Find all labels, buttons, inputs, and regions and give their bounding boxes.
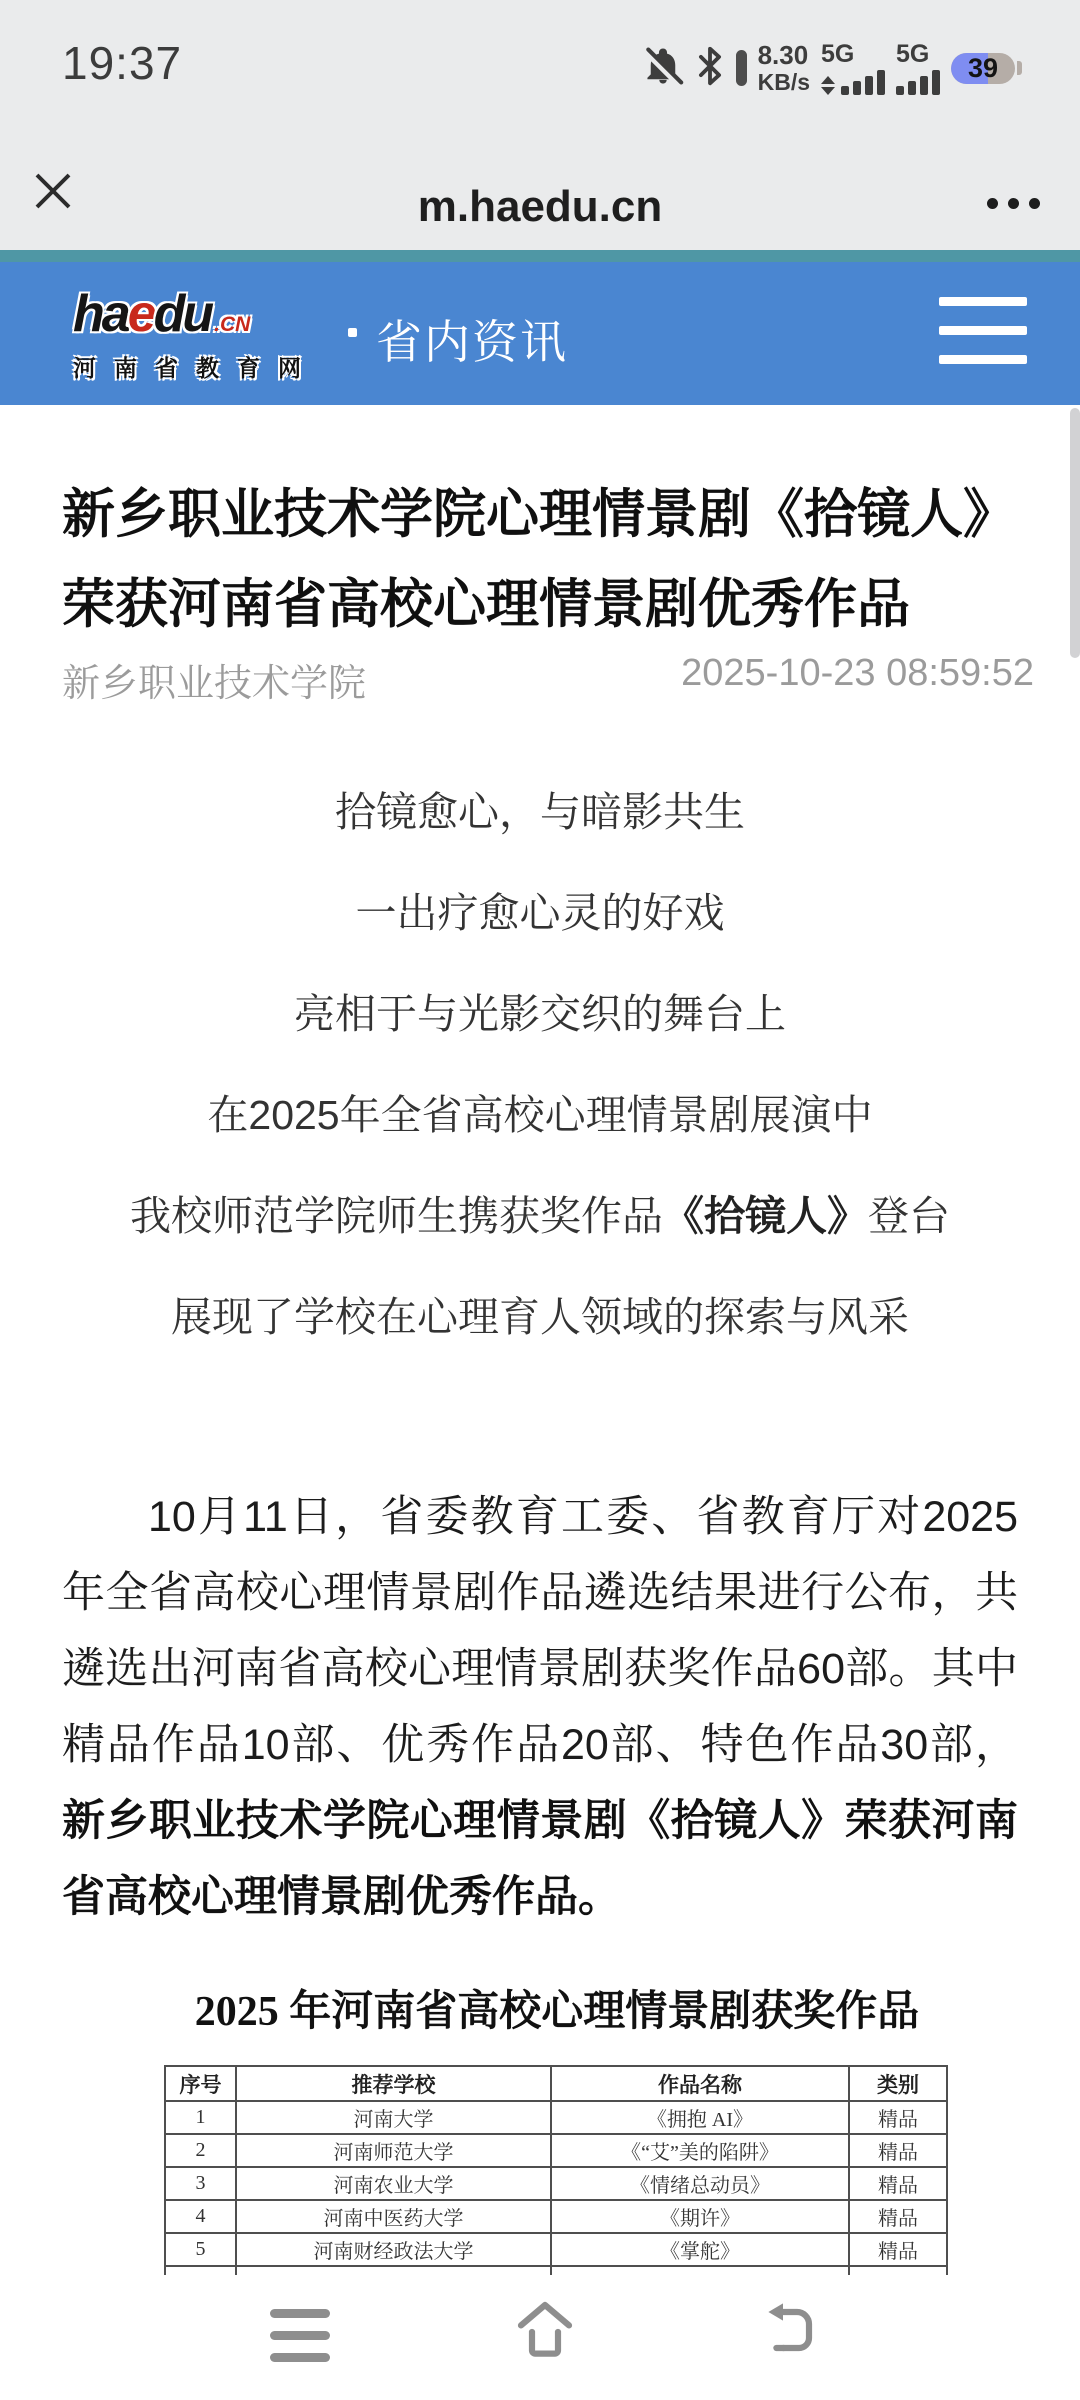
status-time: 19:37: [62, 36, 182, 90]
signal-sim2: 5G: [896, 42, 940, 95]
address-bar[interactable]: m.haedu.cn: [0, 168, 1080, 250]
article-byline: 新乡职业技术学院 2025-10-23 08:59:52: [62, 652, 1034, 707]
site-menu-icon[interactable]: [939, 297, 1027, 364]
lead-line: 一出疗愈心灵的好戏: [0, 863, 1080, 964]
lead-line: 在2025年全省高校心理情景剧展演中: [0, 1065, 1080, 1166]
scrollbar-thumb[interactable]: [1070, 408, 1080, 658]
site-logo[interactable]: haedu.CN 河南省教育网: [73, 292, 319, 383]
lead-line: 展现了学校在心理育人领域的探索与风采: [0, 1267, 1080, 1368]
col-header: 推荐学校: [236, 2066, 551, 2101]
lead-line: 亮相于与光影交织的舞台上: [0, 964, 1080, 1065]
header-dot-separator: [348, 328, 357, 337]
article-paragraph: 10月11日，省委教育工委、省教育厅对2025年全省高校心理情景剧作品遴选结果进…: [62, 1479, 1018, 1935]
article-source: 新乡职业技术学院: [62, 652, 366, 707]
award-table-title: 2025 年河南省高校心理情景剧获奖作品: [166, 1978, 948, 2038]
lead-line: 我校师范学院师生携获奖作品《拾镜人》登台: [0, 1166, 1080, 1267]
article-timestamp: 2025-10-23 08:59:52: [681, 652, 1034, 707]
browser-menu-icon[interactable]: [987, 198, 1040, 209]
data-activity-arrows-icon: [821, 76, 835, 95]
nav-back-icon[interactable]: [762, 2301, 822, 2366]
vibrate-capsule-icon: [736, 50, 747, 86]
article-title: 新乡职业技术学院心理情景剧《拾镜人》荣获河南省高校心理情景剧优秀作品: [62, 470, 1022, 650]
site-logo-wordmark: haedu.CN: [73, 292, 319, 347]
table-row: 2河南师范大学《“艾”美的陷阱》精品: [165, 2134, 947, 2167]
col-header: 序号: [165, 2066, 236, 2101]
table-header-row: 序号 推荐学校 作品名称 类别: [165, 2066, 947, 2101]
table-row-clipped: [165, 2266, 947, 2275]
nav-home-icon[interactable]: [513, 2299, 577, 2366]
battery-icon: 39: [951, 53, 1015, 84]
table-row: 3河南农业大学《情绪总动员》精品: [165, 2167, 947, 2200]
nav-menu-icon[interactable]: [270, 2309, 330, 2362]
site-header: haedu.CN 河南省教育网 省内资讯: [0, 262, 1080, 405]
header-divider-strip: [0, 250, 1080, 262]
signal-sim1: 5G: [821, 42, 885, 95]
col-header: 类别: [849, 2066, 947, 2101]
lead-line: 拾镜愈心，与暗影共生: [0, 762, 1080, 863]
col-header: 作品名称: [551, 2066, 849, 2101]
table-row: 5河南财经政法大学《掌舵》精品: [165, 2233, 947, 2266]
table-row: 1河南大学《拥抱 AI》精品: [165, 2101, 947, 2134]
network-speed: 8.30 KB/s: [758, 42, 810, 94]
site-logo-subtitle: 河南省教育网: [73, 350, 319, 383]
bluetooth-icon: [695, 46, 725, 91]
battery-percent: 39: [951, 53, 1015, 84]
bottom-navigation-bar: [0, 2275, 1080, 2400]
status-icons: 8.30 KB/s 5G 5G 39: [642, 44, 1022, 92]
battery-nub: [1017, 61, 1022, 75]
system-chrome: 19:37 8.30 KB/s 5G 5G: [0, 0, 1080, 250]
section-title: 省内资讯: [376, 306, 568, 372]
notifications-muted-icon: [642, 45, 684, 92]
table-row: 4河南中医药大学《期许》精品: [165, 2200, 947, 2233]
award-table: 序号 推荐学校 作品名称 类别 1河南大学《拥抱 AI》精品 2河南师范大学《“…: [164, 2065, 950, 2275]
article-lead-lines: 拾镜愈心，与暗影共生 一出疗愈心灵的好戏 亮相于与光影交织的舞台上 在2025年…: [0, 762, 1080, 1368]
